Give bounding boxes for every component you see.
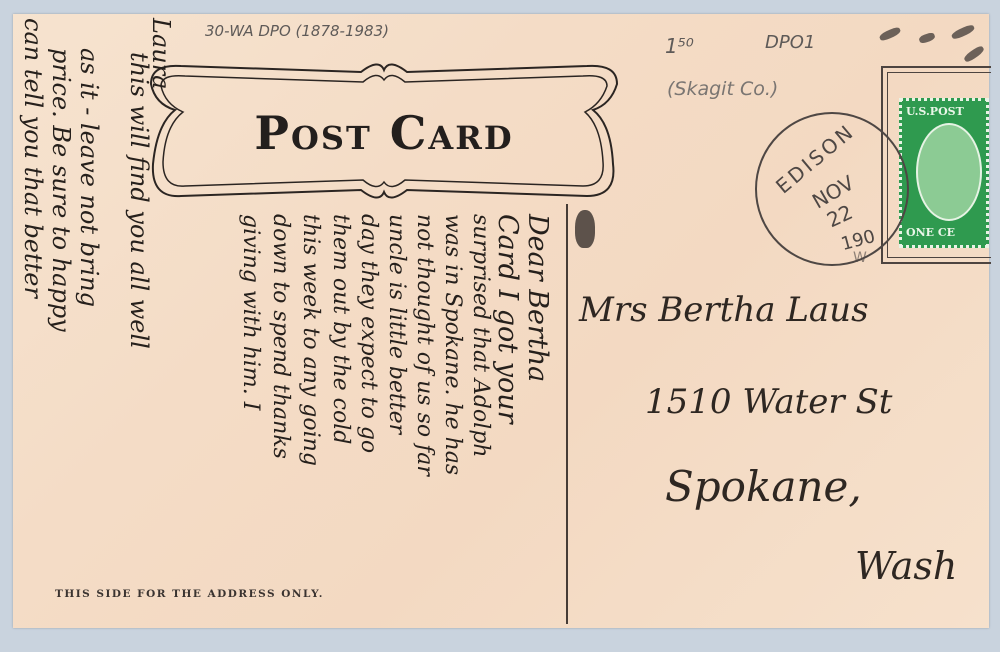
pencil-county-note: (Skagit Co.) (667, 78, 778, 100)
cancel-mark-icon (950, 23, 975, 40)
cancel-mark-icon (918, 32, 936, 45)
address-only-note: THIS SIDE FOR THE ADDRESS ONLY. (55, 588, 324, 600)
message-line: them out by the cold (328, 214, 353, 444)
address-state: Wash (855, 544, 957, 588)
message-line: day they expect to go (356, 214, 381, 453)
center-divider (566, 204, 568, 624)
cancel-mark-icon (878, 26, 901, 43)
message-line: giving with him. I (238, 214, 263, 410)
message-line: not thought of us so far (412, 214, 437, 476)
postmark-circle: EDISON NOV 22 190 W (755, 112, 909, 266)
message-line: Card I got your (492, 214, 523, 424)
message-line: price. Be sure to happy (47, 48, 75, 332)
postcard: 30-WA DPO (1878-1983) 1⁵⁰ DPO1 (Skagit C… (13, 14, 989, 628)
message-line: was in Spokane. he has (440, 214, 465, 475)
pencil-price-note: 1⁵⁰ (665, 34, 694, 58)
message-line: down to spend thanks (268, 214, 293, 459)
stamp-denomination-label: ONE CE (906, 226, 955, 239)
postage-stamp: U.S.POST ONE CE (899, 98, 989, 248)
franklin-portrait-icon (916, 123, 982, 221)
pencil-code-note: DPO1 (765, 32, 815, 53)
message-line: this week to any going (298, 214, 323, 466)
message-line: can tell you that better (19, 18, 47, 298)
message-line: as it - leave not bring (75, 48, 103, 307)
address-city: Spokane, (665, 462, 862, 511)
message-line: Laura (147, 18, 175, 89)
address-street: 1510 Water St (645, 382, 892, 422)
message-line: uncle is little better (384, 214, 409, 434)
message-line: surprised that Adolph (468, 214, 493, 457)
ink-blot (575, 210, 595, 248)
stamp-country-label: U.S.POST (906, 105, 964, 118)
address-name: Mrs Bertha Laus (579, 290, 869, 330)
cancel-mark-icon (963, 44, 986, 63)
message-line: this will find you all well (125, 52, 153, 349)
postcard-title: Post Card (141, 106, 627, 160)
pencil-catalog-note: 30-WA DPO (1878-1983) (205, 22, 389, 40)
title-frame: Post Card (141, 54, 627, 214)
postmark-state: W (853, 250, 867, 266)
message-line: Dear Bertha (522, 214, 553, 382)
